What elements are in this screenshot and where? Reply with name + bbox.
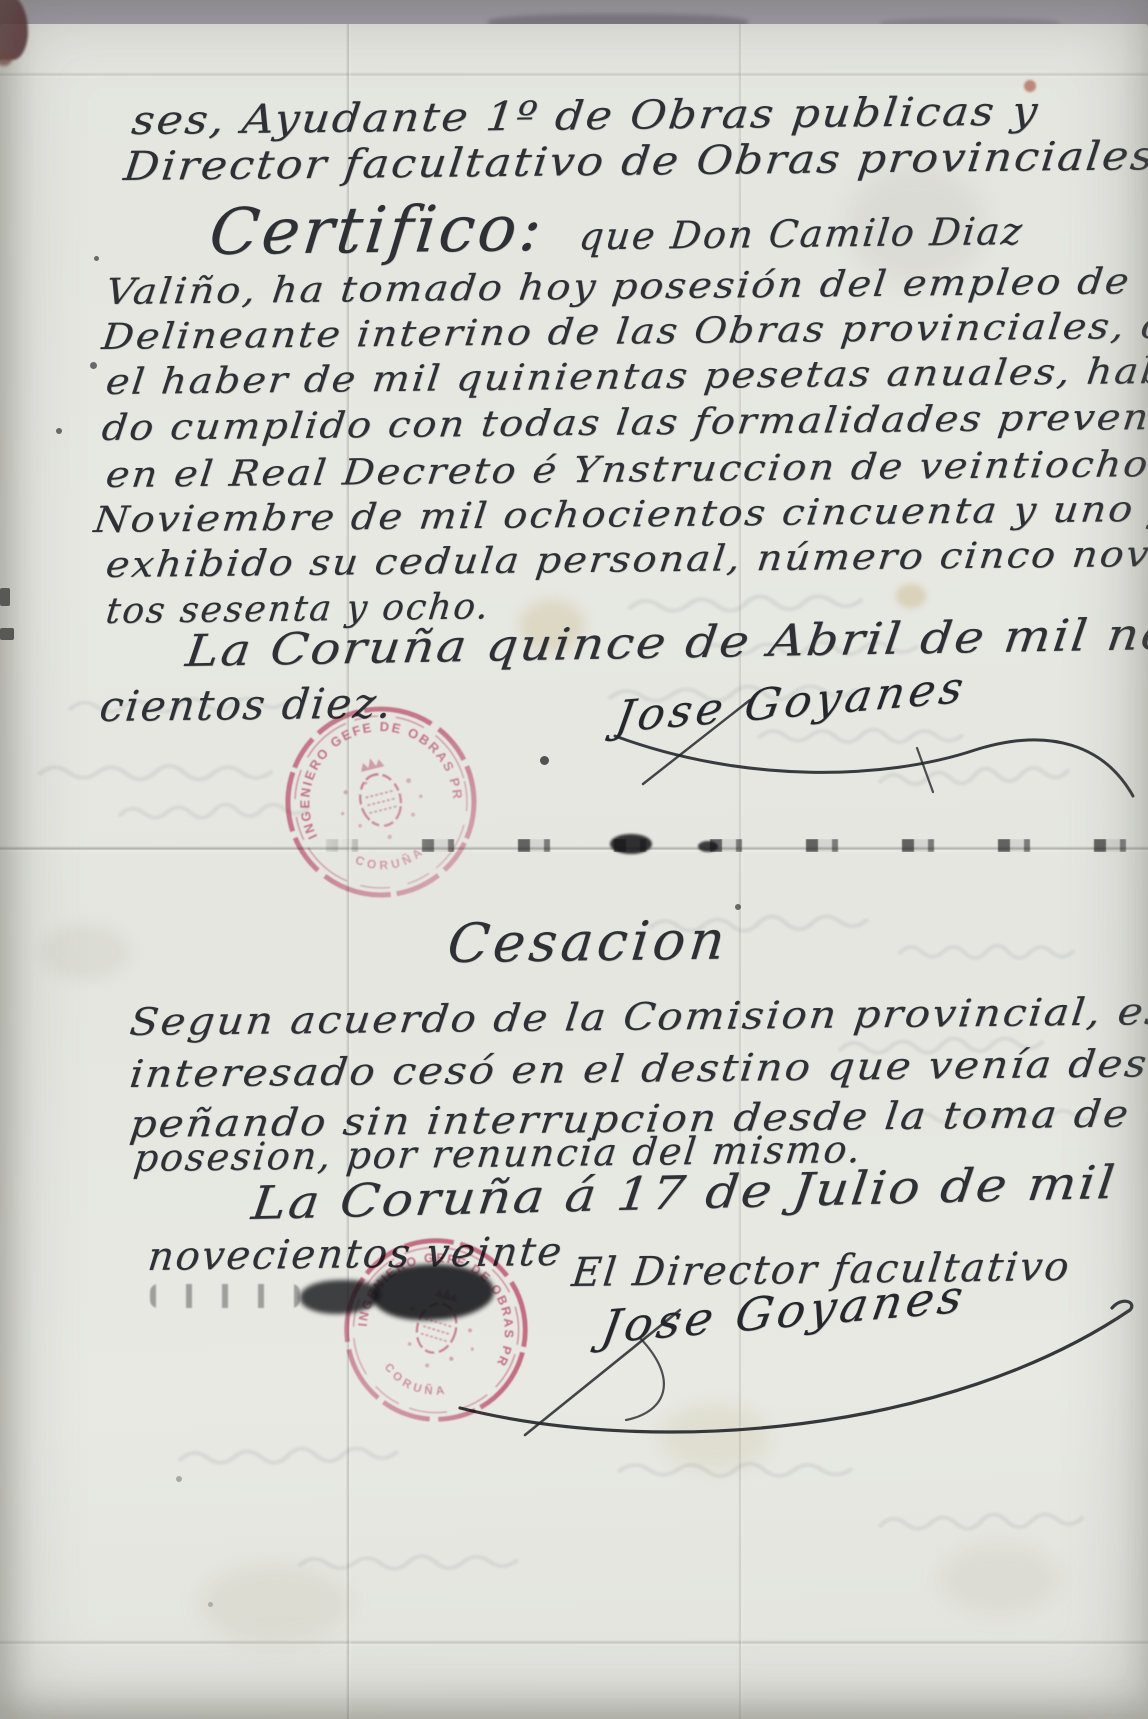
ink-smudge bbox=[150, 1284, 300, 1308]
certifico-lead: Certifico: bbox=[206, 192, 548, 270]
cessation-heading: Cesacion bbox=[445, 909, 732, 975]
ink-speck bbox=[735, 904, 741, 910]
stamp-mottling bbox=[335, 769, 431, 849]
paper-stain bbox=[200, 1564, 350, 1644]
paper-stain bbox=[896, 584, 926, 608]
ink-speck bbox=[90, 362, 97, 369]
ink-speck bbox=[94, 256, 99, 261]
scanned-manuscript: { "palette": { "paper": "#e6e7e1", "ink"… bbox=[0, 0, 1148, 1719]
certifico-row: Certifico:que Don Camilo Diaz bbox=[206, 186, 1029, 270]
ink-crease-dashes bbox=[300, 839, 1148, 852]
fold-crease bbox=[0, 1640, 1148, 1646]
ink-speck bbox=[540, 756, 549, 765]
ink-speck bbox=[176, 1476, 182, 1482]
paper-stain bbox=[40, 924, 130, 980]
stamp-crown bbox=[358, 755, 384, 771]
stamp-shield bbox=[355, 770, 406, 830]
edge-ink-mark bbox=[0, 628, 14, 640]
edge-ink-mark bbox=[0, 588, 10, 606]
ink-blot bbox=[698, 841, 718, 852]
corner-stain bbox=[0, 0, 28, 60]
ink-blot bbox=[610, 834, 652, 854]
handwritten-line: que Don Camilo Diaz bbox=[577, 209, 1026, 258]
ink-speck bbox=[208, 1602, 213, 1607]
paper-stain bbox=[660, 1404, 770, 1470]
paper-stain bbox=[940, 1544, 1060, 1614]
ink-speck bbox=[56, 428, 62, 434]
fold-crease bbox=[0, 72, 1148, 78]
